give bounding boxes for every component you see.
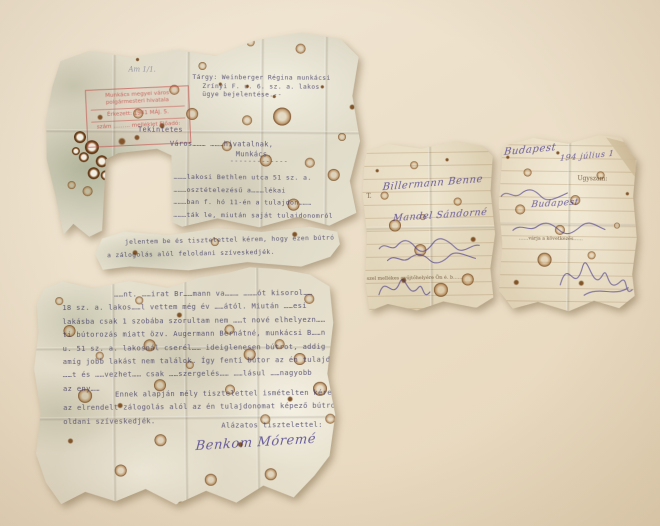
stain-ring <box>434 283 448 297</box>
stain-ring <box>524 168 532 176</box>
text-line: ügye bejelentése.-- <box>192 91 330 100</box>
paper-surface: Budapest 194 július 1 Ügyszám: Budapest … <box>496 132 638 314</box>
text-line: ………ták le, miután saját tulajdonomról <box>173 209 333 223</box>
stain-ring <box>305 158 315 168</box>
paper-surface: T. Billermann Benne Mandel Sándorné szel… <box>362 139 496 313</box>
stain-dot <box>287 500 295 508</box>
address-line: Város……… ………hivatalnak, <box>170 140 273 149</box>
stain-ring <box>338 133 346 141</box>
stain-hole <box>74 131 86 143</box>
document-bottom-left-petition: ……nt. ……irat Br……mann va……… ………ót kisoro… <box>32 265 336 510</box>
stain-ring <box>273 107 291 125</box>
text-line: Tárgy: Weinberger Régina munkácsi <box>192 74 330 83</box>
address-underline: ------------- <box>230 157 288 165</box>
stain-dot <box>513 279 519 285</box>
stain-ring <box>205 474 217 486</box>
handwriting-squiggle <box>511 218 607 237</box>
form-right-half: Budapest 194 július 1 Ügyszám: Budapest … <box>496 132 638 314</box>
stain-ring <box>614 223 620 229</box>
stain-hole <box>79 152 89 162</box>
stain-dot <box>177 501 185 509</box>
stain-dot <box>375 169 379 173</box>
strip-text-block: jelentem be és tisztelettel kérem, hogy … <box>107 232 335 263</box>
salutation-printed: T. <box>367 193 372 200</box>
closing-line: Alázatos tisztelettel: <box>221 421 323 430</box>
pencil-note: Am 1/1. <box>128 65 155 73</box>
stain-ring <box>462 273 474 285</box>
address-line: Tekintetes <box>138 126 183 134</box>
stain-ring <box>454 198 462 206</box>
text-line: az elrendelt zálogolás alól az én tulajd… <box>63 400 336 416</box>
signature-flourish <box>374 264 433 309</box>
stain-dot <box>136 58 140 62</box>
printed-form-text: ……várja a következés…… <box>519 236 583 242</box>
stain-ring <box>68 181 76 189</box>
text-line: ………osztételezésű a………lékai <box>174 183 334 197</box>
stain-ring <box>198 62 206 70</box>
photograph-of-documents: Am 1/1. Munkács megyei város polgármeste… <box>0 0 660 526</box>
stain-ring <box>515 204 525 214</box>
stain-hole <box>96 155 108 167</box>
stain-ring <box>242 115 252 125</box>
stain-ring <box>410 161 418 169</box>
stain-dot <box>625 192 629 196</box>
stain-ring <box>331 449 337 459</box>
subject-block: Tárgy: Weinberger Régina munkácsiZrínyi … <box>192 74 330 100</box>
stain-ring <box>296 44 306 54</box>
paragraph-block: ……nt. ……irat Br……mann va……… ………ót kisoro… <box>62 287 336 397</box>
text-line: ………ban f. hó 11-én a tulajdon……… <box>173 196 333 210</box>
stain-dot <box>445 158 449 162</box>
stain-ring <box>154 434 166 446</box>
stain-dot <box>67 438 73 444</box>
stain-ring <box>83 186 93 196</box>
document-top-left-fragment: Am 1/1. Munkács megyei város polgármeste… <box>41 25 363 243</box>
stain-hole <box>72 147 80 155</box>
stain-hole <box>101 170 111 180</box>
form-left-half: T. Billermann Benne Mandel Sándorné szel… <box>362 139 496 313</box>
paper-surface: ……nt. ……irat Br……mann va……… ………ót kisoro… <box>32 265 336 510</box>
stain-ring <box>115 465 127 477</box>
office-stamp: Munkács megyei város polgármesteri hivat… <box>85 85 192 148</box>
stain-ring <box>537 253 551 267</box>
stain-ring <box>265 468 277 480</box>
stain-ring <box>247 38 255 46</box>
stain-dot <box>349 104 355 110</box>
text-line: ……t és ……vezhet…… csak ……szergelés…… ……l… <box>63 367 336 383</box>
case-number-label: Ügyszám: <box>578 175 608 182</box>
stain-hole <box>88 167 100 179</box>
text-line: ………lakosi Bethlen utca 51 sz. a. <box>174 171 334 185</box>
body-text-block: ………lakosi Bethlen utca 51 sz. a.………oszté… <box>173 171 333 222</box>
signature-flourish <box>554 245 635 308</box>
stain-ring <box>150 35 160 45</box>
stain-dot <box>108 503 114 509</box>
paper-surface: Am 1/1. Munkács megyei város polgármeste… <box>41 25 363 243</box>
